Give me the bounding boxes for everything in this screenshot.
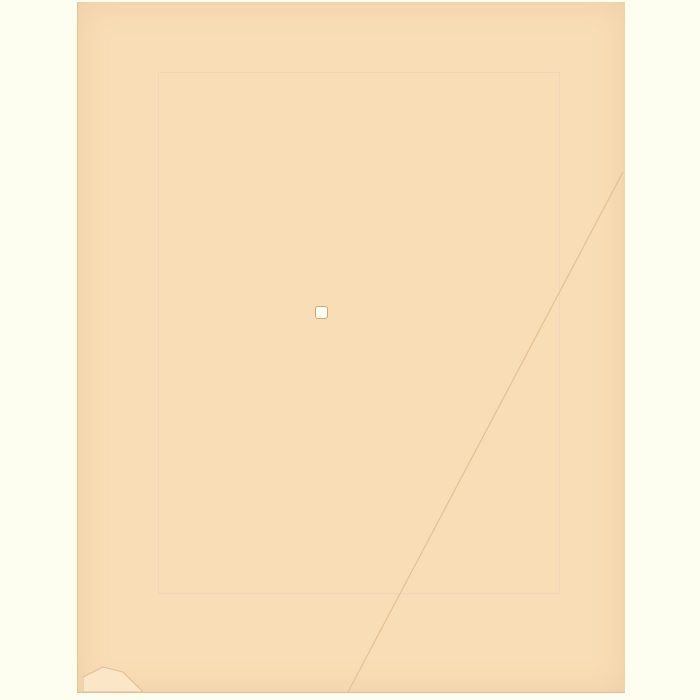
folded-corner (83, 647, 143, 692)
paper-sheet (77, 2, 625, 693)
diagonal-crease (78, 2, 625, 692)
